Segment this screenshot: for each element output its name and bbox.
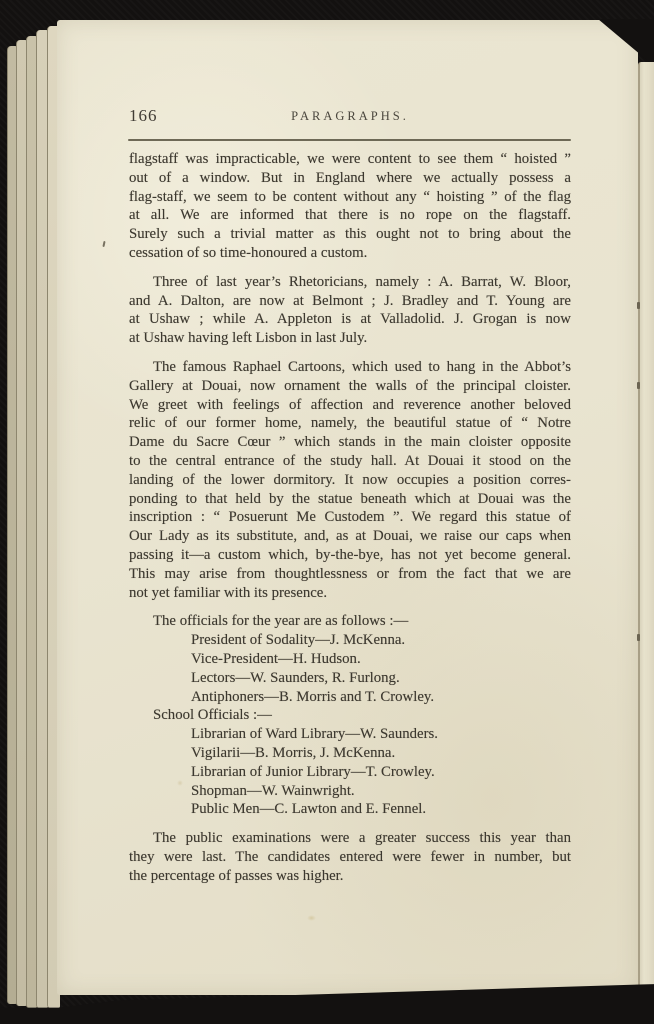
foxing-spot — [487, 320, 494, 327]
text-column: flagstaff was impracticable, we were con… — [129, 150, 571, 895]
running-title: PARAGRAPHS. — [129, 109, 571, 124]
text-line: flagstaff was impracticable, we were con… — [129, 150, 571, 169]
text-line: We greet with feelings of affection and … — [129, 396, 571, 415]
text-line: cessation of so time-honoured a custom. — [129, 244, 571, 263]
text-line: out of a window. But in England where we… — [129, 169, 571, 188]
text-line: Three of last year’s Rhetoricians, namel… — [129, 273, 571, 292]
text-line: Gallery at Douai, now ornament the walls… — [129, 377, 571, 396]
text-line: Lectors—W. Saunders, R. Furlong. — [129, 669, 571, 688]
text-line: at Ushaw having left Lisbon in last July… — [129, 329, 571, 348]
next-page-edge — [638, 62, 654, 992]
text-line: not yet familiar with its presence. — [129, 584, 571, 603]
sodality-officials-list: President of Sodality—J. McKenna.Vice-Pr… — [129, 631, 571, 706]
text-line: flag-staff, we seem to be content withou… — [129, 188, 571, 207]
text-line: Dame du Sacre Cœur ” which stands in the… — [129, 433, 571, 452]
text-line: Antiphoners—B. Morris and T. Crowley. — [129, 688, 571, 707]
text-line: ponding to that held by the statue benea… — [129, 490, 571, 509]
text-line: at Ushaw ; while A. Appleton is at Valla… — [129, 310, 571, 329]
foxing-spot — [307, 915, 316, 921]
paragraph-examinations: The public examinations were a greater s… — [129, 829, 571, 885]
text-line: at all. We are informed that there is no… — [129, 206, 571, 225]
text-line: relic of our former home, namely, the be… — [129, 414, 571, 433]
page-header: 166 PARAGRAPHS. — [129, 106, 571, 128]
school-officials-heading: School Officials :— — [129, 706, 571, 725]
officials-intro: The officials for the year are as follow… — [129, 612, 571, 631]
text-line: they were last. The candidates entered w… — [129, 848, 571, 867]
text-line: Our Lady as its substitute, and, as at D… — [129, 527, 571, 546]
text-line: Vigilarii—B. Morris, J. McKenna. — [129, 744, 571, 763]
text-line: the percentage of passes was higher. — [129, 867, 571, 886]
text-line: to the central entrance of the study hal… — [129, 452, 571, 471]
text-line: Vice-President—H. Hudson. — [129, 650, 571, 669]
text-line: and A. Dalton, are now at Belmont ; J. B… — [129, 292, 571, 311]
page-edge-mark — [637, 634, 640, 641]
school-officials-list: Librarian of Ward Library—W. Saunders.Vi… — [129, 725, 571, 819]
text-line: Librarian of Junior Library—T. Crowley. — [129, 763, 571, 782]
paragraph-rhetoricians: Three of last year’s Rhetoricians, namel… — [129, 273, 571, 348]
paragraph-raphael-cartoons: The famous Raphael Cartoons, which used … — [129, 358, 571, 602]
page-edge-mark — [637, 382, 640, 389]
text-line: landing of the lower dormitory. It now o… — [129, 471, 571, 490]
header-rule — [128, 139, 571, 141]
text-line: Surely such a trivial matter as this oug… — [129, 225, 571, 244]
text-line: Public Men—C. Lawton and E. Fennel. — [129, 800, 571, 819]
book-page: 166 PARAGRAPHS. flagstaff was impractica… — [57, 20, 638, 995]
text-line: President of Sodality—J. McKenna. — [129, 631, 571, 650]
foxing-spot — [177, 780, 183, 786]
paragraph-flagstaff: flagstaff was impracticable, we were con… — [129, 150, 571, 263]
text-line: inscription : “ Posuerunt Me Custodem ”.… — [129, 508, 571, 527]
officials-section: The officials for the year are as follow… — [129, 612, 571, 819]
page-edge-mark — [637, 302, 640, 309]
text-line: The famous Raphael Cartoons, which used … — [129, 358, 571, 377]
text-line: Librarian of Ward Library—W. Saunders. — [129, 725, 571, 744]
text-line: passing it—a custom which, by-the-bye, h… — [129, 546, 571, 565]
text-line: Shopman—W. Wainwright. — [129, 782, 571, 801]
ink-speck — [102, 241, 105, 247]
text-line: The public examinations were a greater s… — [129, 829, 571, 848]
text-line: This may arise from thoughtlessness or f… — [129, 565, 571, 584]
